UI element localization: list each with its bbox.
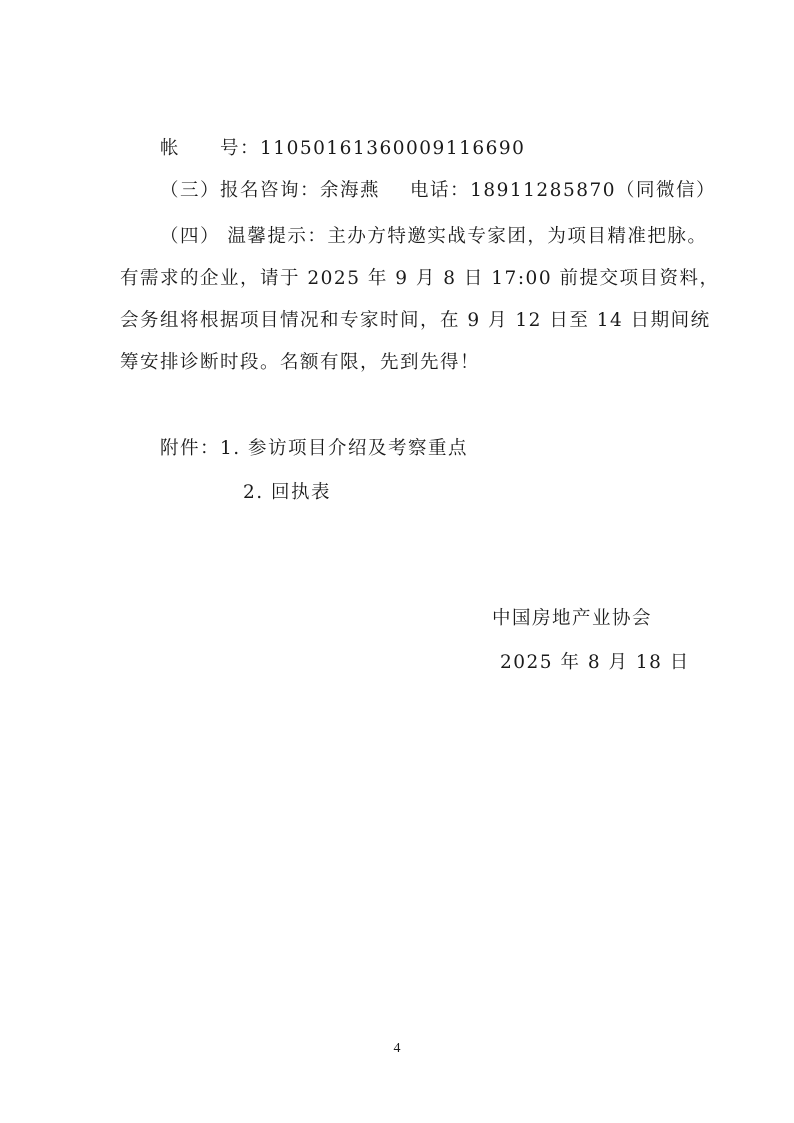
registration-index: （三）: [160, 180, 220, 201]
phone-number: 18911285870: [470, 180, 616, 201]
attachments-label: 附件：: [160, 438, 220, 459]
account-label-char2: 号：: [220, 138, 260, 159]
tip-line-1: （四） 温馨提示：主办方特邀实战专家团，为项目精准把脉。: [160, 225, 707, 249]
account-label-char1: 帐: [160, 138, 180, 159]
document-page: 帐号：11050161360009116690 （三）报名咨询：余海燕电话：18…: [0, 0, 794, 1123]
tip-line-4: 筹安排诊断时段。名额有限，先到先得！: [120, 351, 480, 375]
signature-date: 2025 年 8 月 18 日: [500, 651, 690, 675]
page-number: 4: [0, 1041, 794, 1057]
registration-line: （三）报名咨询：余海燕电话：18911285870（同微信）: [160, 179, 716, 203]
phone-label: 电话：: [410, 180, 470, 201]
attachment-item-2: 2. 回执表: [243, 481, 331, 505]
attachment-item-1: 1. 参访项目介绍及考察重点: [220, 438, 468, 459]
attachments-line-1: 附件：1. 参访项目介绍及考察重点: [160, 437, 468, 461]
phone-note: （同微信）: [616, 180, 716, 201]
contact-name: 余海燕: [320, 180, 380, 201]
registration-label: 报名咨询：: [220, 180, 320, 201]
tip-line-3: 会务组将根据项目情况和专家时间，在 9 月 12 日至 14 日期间统: [120, 309, 711, 333]
signature-organization: 中国房地产业协会: [492, 607, 652, 631]
tip-line-2: 有需求的企业，请于 2025 年 9 月 8 日 17:00 前提交项目资料，: [120, 267, 719, 291]
account-number: 11050161360009116690: [260, 138, 525, 159]
account-line: 帐号：11050161360009116690: [160, 137, 525, 161]
